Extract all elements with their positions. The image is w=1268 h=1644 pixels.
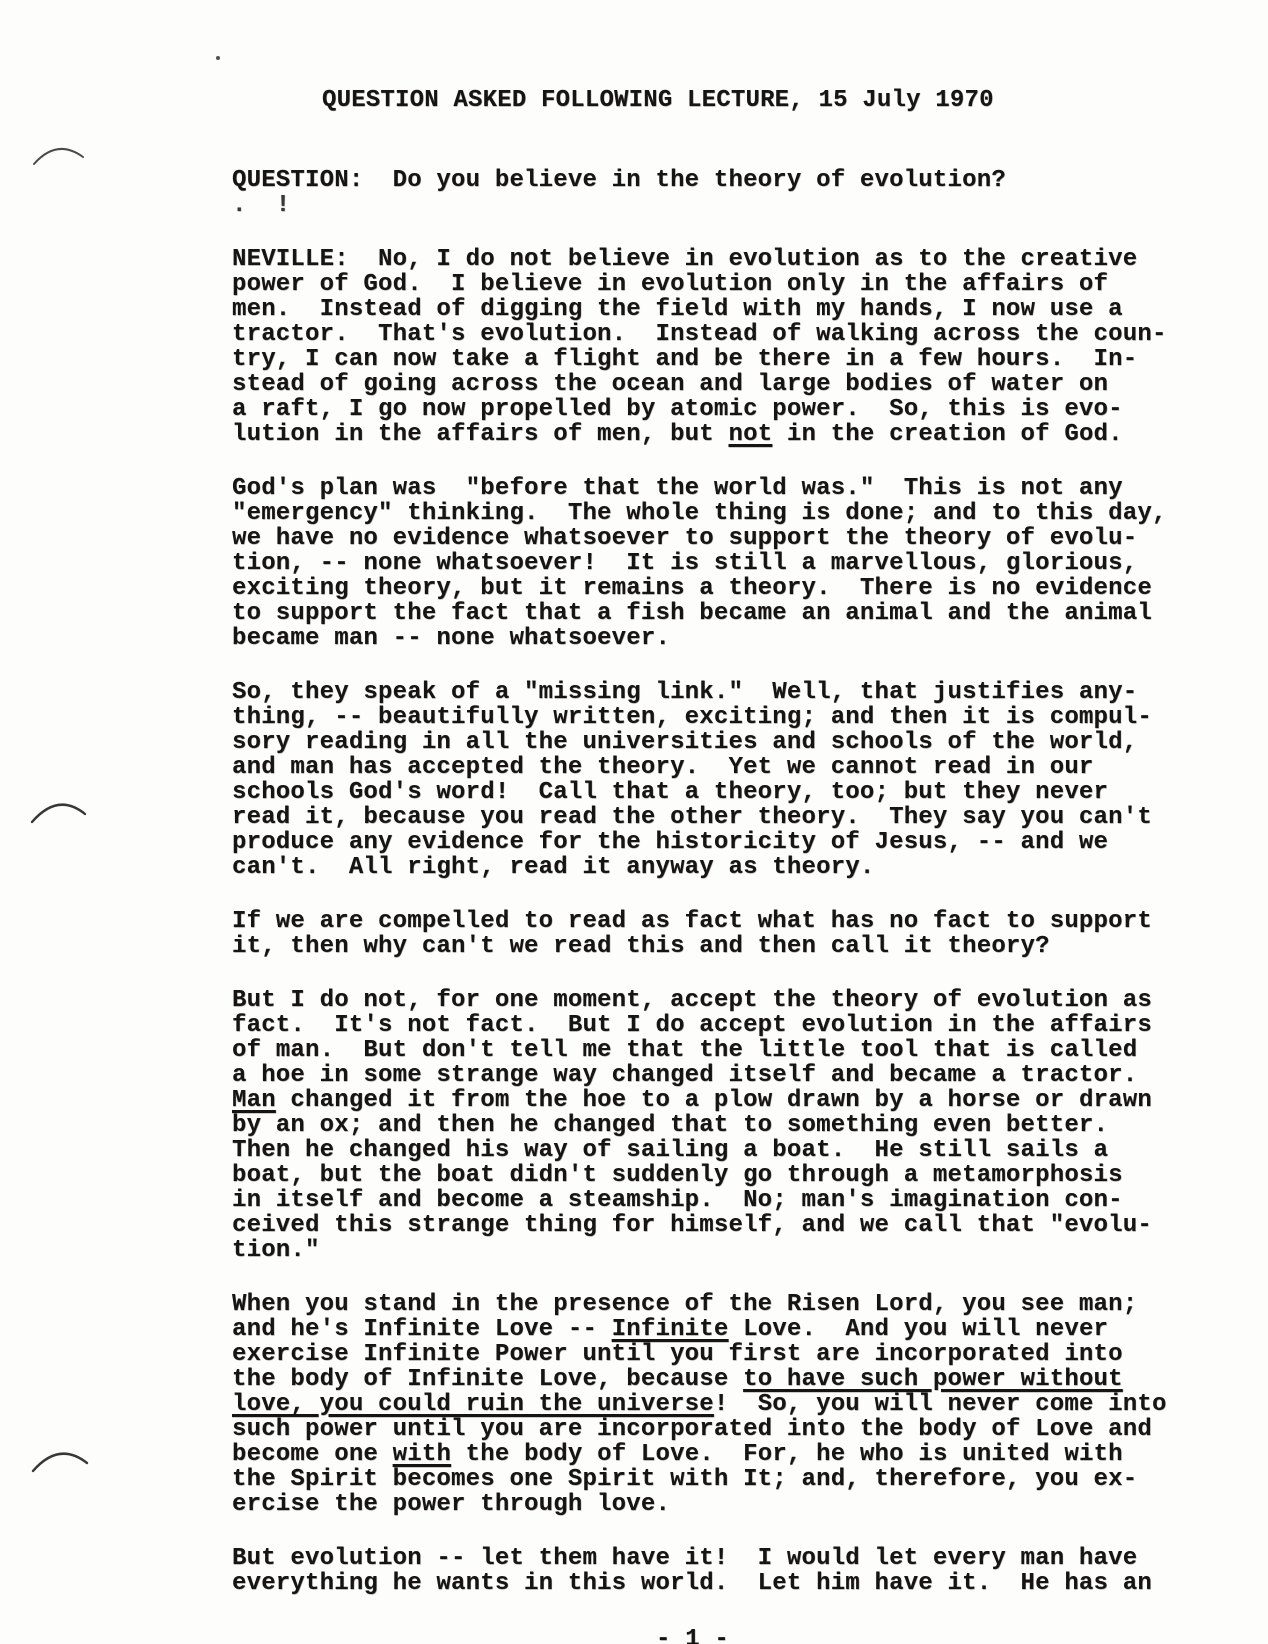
paragraph: If we are compelled to read as fact what… xyxy=(232,909,1182,959)
paragraph: God's plan was "before that the world wa… xyxy=(232,476,1182,651)
typed-text-column: QUESTION ASKED FOLLOWING LECTURE, 15 Jul… xyxy=(232,88,1182,1644)
scan-speck xyxy=(216,56,220,60)
typewriter-stray-marks: . ! xyxy=(232,193,1182,218)
question-line: QUESTION: Do you believe in the theory o… xyxy=(232,168,1182,193)
text-run: NEVILLE: No, I do not believe in evoluti… xyxy=(232,246,1167,448)
text-run: But I do not, for one moment, accept the… xyxy=(232,987,1152,1089)
paragraph: When you stand in the presence of the Ri… xyxy=(232,1292,1182,1517)
pen-arc-mark xyxy=(28,1438,92,1474)
text-run: changed it from the hoe to a plow drawn … xyxy=(232,1087,1152,1264)
page-number: - 1 - xyxy=(232,1627,1153,1644)
text-run: So, they speak of a "missing link." Well… xyxy=(232,679,1152,881)
paragraph: But I do not, for one moment, accept the… xyxy=(232,988,1182,1263)
page-title: QUESTION ASKED FOLLOWING LECTURE, 15 Jul… xyxy=(322,88,1182,113)
underlined-text: Man xyxy=(232,1087,276,1114)
paragraph: But evolution -- let them have it! I wou… xyxy=(232,1546,1182,1596)
paragraph: So, they speak of a "missing link." Well… xyxy=(232,680,1182,880)
pen-arc-mark xyxy=(30,136,88,168)
text-run: But evolution -- let them have it! I wou… xyxy=(232,1545,1152,1597)
text-run: If we are compelled to read as fact what… xyxy=(232,908,1152,960)
text-run: God's plan was "before that the world wa… xyxy=(232,475,1167,652)
pen-arc-mark xyxy=(28,790,90,826)
underlined-text: Infinite xyxy=(612,1316,729,1343)
document-page: QUESTION ASKED FOLLOWING LECTURE, 15 Jul… xyxy=(0,0,1268,1644)
paragraph: NEVILLE: No, I do not believe in evoluti… xyxy=(232,247,1182,447)
underlined-text: with xyxy=(393,1441,451,1468)
underlined-text: not xyxy=(728,421,772,448)
document-body: NEVILLE: No, I do not believe in evoluti… xyxy=(232,247,1182,1596)
text-run: in the creation of God. xyxy=(772,421,1122,448)
